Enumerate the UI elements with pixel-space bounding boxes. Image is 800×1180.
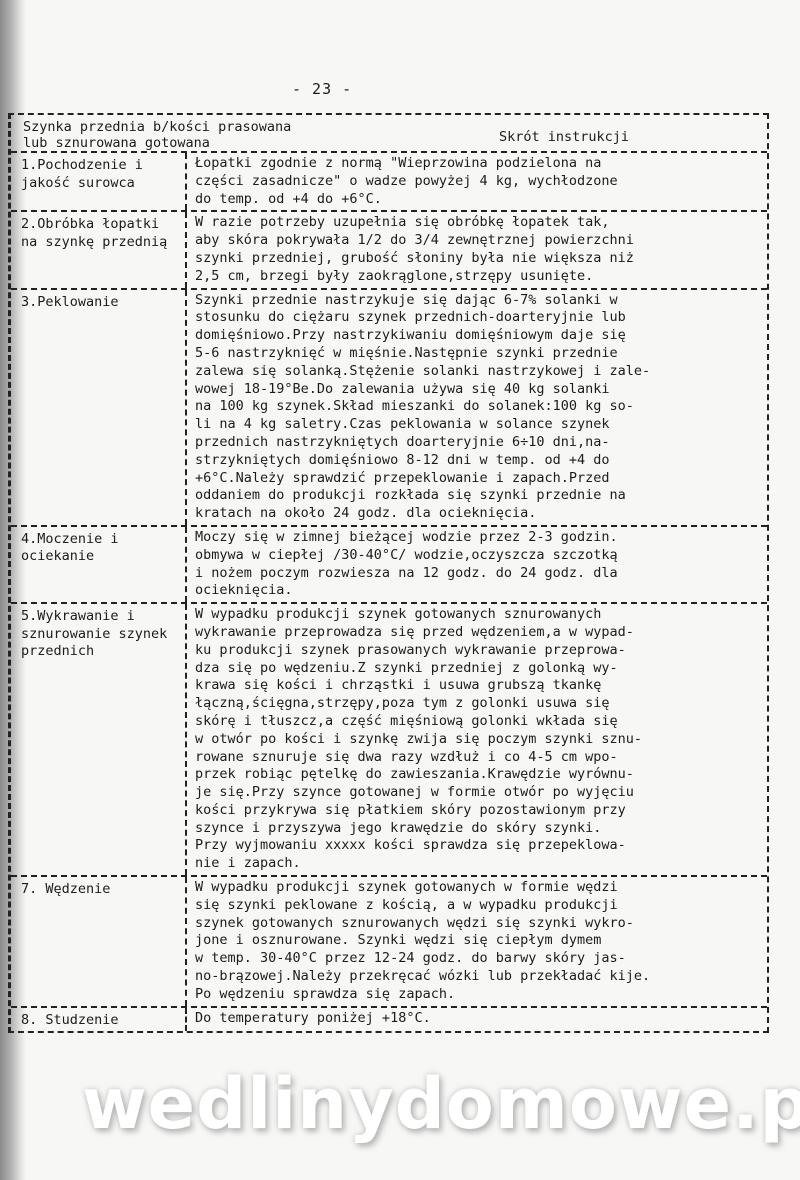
instruction-line: aby skóra pokrywała 1/2 do 3/4 zewnętrzn… <box>195 232 761 250</box>
step-label: 4.Moczenie i ociekanie <box>11 527 187 602</box>
instruction-line: W wypadku produkcji szynek gotowanych sz… <box>195 606 761 624</box>
instruction-line: łączną,ścięgna,strzępy,poza tym z golonk… <box>195 695 761 713</box>
instruction-line: szynki przedniej, grubość słoniny była n… <box>195 250 761 268</box>
instruction-line: dza się po wędzeniu.Z szynki przedniej z… <box>195 660 761 678</box>
product-title-line2: lub sznurowana gotowana <box>23 135 323 151</box>
instruction-line: oddaniem do produkcji rozkłada się szynk… <box>195 487 761 505</box>
instruction-line: je się.Przy szynce gotowanej w formie ot… <box>195 784 761 802</box>
product-title-line1: Szynka przednia b/kości prasowana <box>23 119 323 135</box>
column-title: Skrót instrukcji <box>499 119 629 145</box>
instruction-line: +6°C.Należy sprawdzić przepeklowanie i z… <box>195 470 761 488</box>
step-label: 8. Studzenie <box>11 1008 187 1032</box>
instruction-line: kratach na około 24 godz. dla ocieknięci… <box>195 505 761 523</box>
instruction-line: 5-6 nastrzyknięć w mięśnie.Następnie szy… <box>195 345 761 363</box>
instruction-line: zalewa się solanką.Stężenie solanki nast… <box>195 363 761 381</box>
instruction-line: wykrawanie przeprowadza się przed wędzen… <box>195 624 761 642</box>
step-label: 5.Wykrawanie i sznurowanie szynek przedn… <box>11 604 187 875</box>
watermark: wedlinydomowe.pl <box>82 1063 800 1145</box>
instruction-line: W razie potrzeby uzupełnia się obróbkę ł… <box>195 214 761 232</box>
instruction-line: szynek gotowanych sznurowanych wędzi się… <box>195 915 761 933</box>
instruction-table: Szynka przednia b/kości prasowana lub sz… <box>8 113 769 1033</box>
instruction-line: obmywa w ciepłej /30-40°C/ wodzie,oczysz… <box>195 547 761 565</box>
instruction-line: no-brązowej.Należy przekręcać wózki lub … <box>195 968 761 986</box>
instruction-line: jone i osznurowane. Szynki wędzi się cie… <box>195 932 761 950</box>
instruction-line: ocieknięcia. <box>195 582 761 600</box>
instruction-line: wowej 18-19°Be.Do zalewania używa się 40… <box>195 381 761 399</box>
instruction-line: Po wędzeniu sprawdza się zapach. <box>195 986 761 1004</box>
instruction-line: strzykniętych domięśniowo 8-12 dni w tem… <box>195 452 761 470</box>
step-instructions: W wypadku produkcji szynek gotowanych w … <box>187 877 767 1006</box>
instruction-line: domięśniowo.Przy nastrzykiwaniu domięśni… <box>195 327 761 345</box>
step-instructions: W wypadku produkcji szynek gotowanych sz… <box>187 604 767 875</box>
instruction-line: Szynki przednie nastrzykuje się dając 6-… <box>195 292 761 310</box>
table-row: 1.Pochodzenie i jakość surowcaŁopatki zg… <box>11 153 767 212</box>
step-instructions: Szynki przednie nastrzykuje się dając 6-… <box>187 290 767 525</box>
page-number: - 23 - <box>292 80 352 98</box>
table-row: 2.Obróbka łopatki na szynkę przedniąW ra… <box>11 212 767 289</box>
step-instructions: Do temperatury poniżej +18°C. <box>187 1008 767 1032</box>
instruction-line: się szynki peklowane z kością, a w wypad… <box>195 897 761 915</box>
instruction-line: li na 4 kg saletry.Czas peklowania w sol… <box>195 416 761 434</box>
step-instructions: Łopatki zgodnie z normą "Wieprzowina pod… <box>187 153 767 210</box>
instruction-line: Przy wyjmowaniu xxxxx kości sprawdza się… <box>195 837 761 855</box>
table-body: 1.Pochodzenie i jakość surowcaŁopatki zg… <box>11 153 767 1031</box>
instruction-line: Łopatki zgodnie z normą "Wieprzowina pod… <box>195 155 761 173</box>
step-label: 3.Peklowanie <box>11 290 187 525</box>
product-title: Szynka przednia b/kości prasowana lub sz… <box>23 119 323 151</box>
instruction-line: do temp. od +4 do +6°C. <box>195 191 761 209</box>
table-row: 7. WędzenieW wypadku produkcji szynek go… <box>11 877 767 1008</box>
step-label: 7. Wędzenie <box>11 877 187 1006</box>
instruction-line: W wypadku produkcji szynek gotowanych w … <box>195 879 761 897</box>
instruction-line: Moczy się w zimnej bieżącej wodzie przez… <box>195 529 761 547</box>
instruction-line: szynce i przyszywa jego krawędzie do skó… <box>195 820 761 838</box>
instruction-line: krawa się kości i chrząstki i usuwa grub… <box>195 677 761 695</box>
instruction-line: stosunku do ciężaru szynek przednich-doa… <box>195 309 761 327</box>
table-header: Szynka przednia b/kości prasowana lub sz… <box>11 115 767 153</box>
instruction-line: przednich nastrzykniętych doarteryjnie 6… <box>195 434 761 452</box>
instruction-line: kości przykrywa się płatkiem skóry pozos… <box>195 802 761 820</box>
table-row: 3.PeklowanieSzynki przednie nastrzykuje … <box>11 290 767 527</box>
table-row: 8. StudzenieDo temperatury poniżej +18°C… <box>11 1008 767 1032</box>
instruction-line: rowane sznuruje się dwa razy wzdłuż i co… <box>195 749 761 767</box>
instruction-line: w otwór po kości i szynkę zwija się pocz… <box>195 731 761 749</box>
instruction-line: części zasadnicze" o wadze powyżej 4 kg,… <box>195 173 761 191</box>
step-instructions: Moczy się w zimnej bieżącej wodzie przez… <box>187 527 767 602</box>
instruction-line: i nożem poczym rozwiesza na 12 godz. do … <box>195 565 761 583</box>
instruction-line: w temp. 30-40°C przez 12-24 godz. do bar… <box>195 950 761 968</box>
instruction-line: Do temperatury poniżej +18°C. <box>195 1010 761 1028</box>
table-row: 5.Wykrawanie i sznurowanie szynek przedn… <box>11 604 767 877</box>
instruction-line: przek robiąc pętelkę do zawieszania.Kraw… <box>195 766 761 784</box>
step-label: 2.Obróbka łopatki na szynkę przednią <box>11 212 187 287</box>
instruction-line: 2,5 cm, brzegi były zaokrąglone,strzępy … <box>195 268 761 286</box>
instruction-line: ku produkcji szynek prasowanych wykrawan… <box>195 642 761 660</box>
instruction-line: nie i zapach. <box>195 855 761 873</box>
step-instructions: W razie potrzeby uzupełnia się obróbkę ł… <box>187 212 767 287</box>
instruction-line: na 100 kg szynek.Skład mieszanki do sola… <box>195 398 761 416</box>
step-label: 1.Pochodzenie i jakość surowca <box>11 153 187 210</box>
table-row: 4.Moczenie i ociekanieMoczy się w zimnej… <box>11 527 767 604</box>
instruction-line: skórę i tłuszcz,a część mięśniową golonk… <box>195 713 761 731</box>
